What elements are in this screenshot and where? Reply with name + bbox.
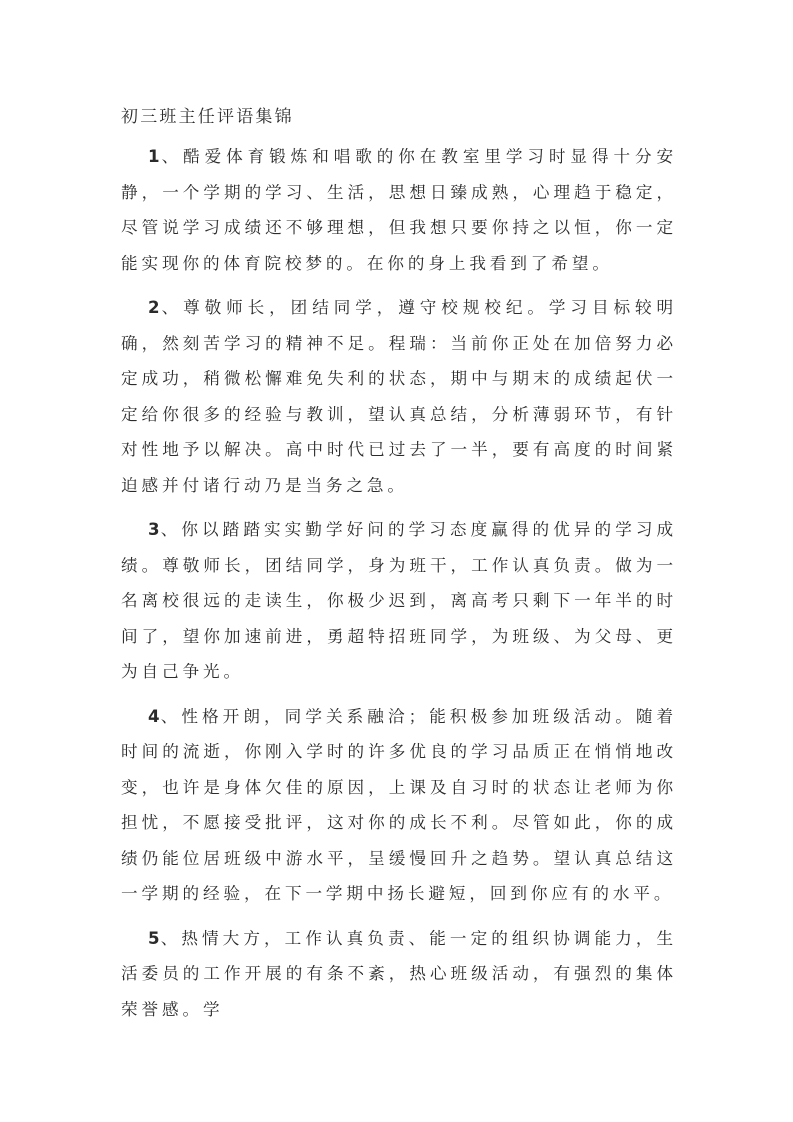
comment-paragraph-4: 4、性格开朗，同学关系融洽；能积极参加班级活动。随着时间的流逝，你刚入学时的许多… [121,699,677,912]
paragraph-text: 、你以踏踏实实勤学好问的学习态度赢得的优异的学习成绩。尊敬师长，团结同学，身为班… [121,520,677,681]
paragraph-text: 、酷爱体育锻炼和唱歌的你在教室里学习时显得十分安静，一个学期的学习、生活，思想日… [121,147,677,273]
paragraph-number: 1 [148,147,161,166]
comment-paragraph-5: 5、热情大方，工作认真负责、能一定的组织协调能力，生活委员的工作开展的有条不紊，… [121,921,677,1028]
document-title: 初三班主任评语集锦 [121,103,677,131]
comment-paragraph-3: 3、你以踏踏实实勤学好问的学习态度赢得的优异的学习成绩。尊敬师长，团结同学，身为… [121,512,677,690]
paragraph-number: 5 [148,929,161,948]
paragraph-number: 4 [148,707,161,726]
comment-paragraph-1: 1、酷爱体育锻炼和唱歌的你在教室里学习时显得十分安静，一个学期的学习、生活，思想… [121,139,677,281]
document-page: 初三班主任评语集锦 1、酷爱体育锻炼和唱歌的你在教室里学习时显得十分安静，一个学… [121,103,677,1036]
paragraph-text: 、尊敬师长，团结同学，遵守校规校纪。学习目标较明确，然刻苦学习的精神不足。程瑞：… [121,298,677,495]
paragraph-text: 、热情大方，工作认真负责、能一定的组织协调能力，生活委员的工作开展的有条不紊，热… [121,929,677,1019]
paragraph-text: 、性格开朗，同学关系融洽；能积极参加班级活动。随着时间的流逝，你刚入学时的许多优… [121,707,677,904]
comment-paragraph-2: 2、尊敬师长，团结同学，遵守校规校纪。学习目标较明确，然刻苦学习的精神不足。程瑞… [121,290,677,503]
paragraph-number: 3 [148,520,161,539]
paragraph-number: 2 [148,298,161,317]
